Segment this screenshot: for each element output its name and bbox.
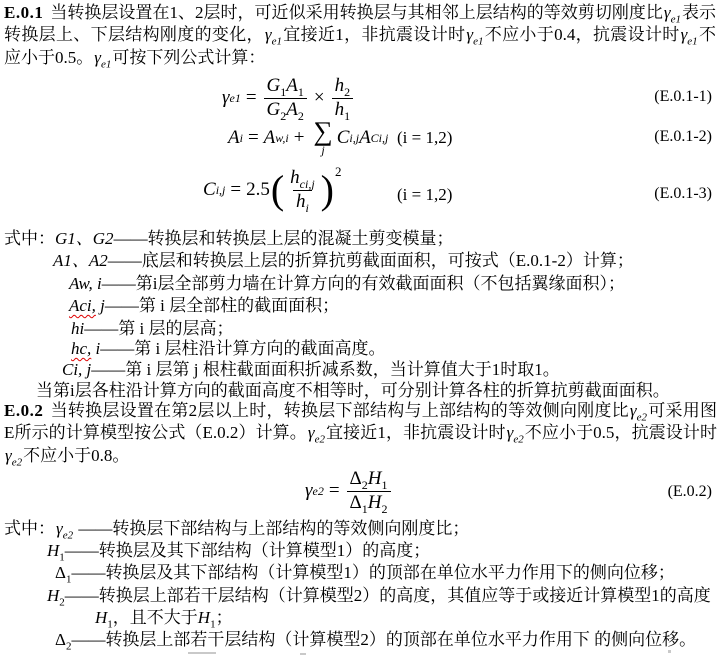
- p1-text-3: 宜接近1，非抗震设计时: [283, 25, 465, 44]
- equals-sign: =: [246, 87, 257, 109]
- var-delta: Δ: [55, 563, 66, 582]
- summation-symbol: ∑j: [313, 120, 332, 156]
- gamma-e2-symbol: γe2: [630, 401, 647, 420]
- sub-2: 2: [344, 84, 350, 98]
- gamma-glyph: γ: [664, 3, 671, 22]
- paragraph-e02: E.0.2当转换层设置在第2层以上时，转换层下部结构与上部结构的等效侧向刚度比γ…: [4, 400, 717, 467]
- var-H: H: [198, 608, 210, 627]
- gamma-subscript: e1: [671, 13, 681, 25]
- clause-label-e02: E.0.2: [4, 401, 43, 420]
- equals-sign: =: [230, 179, 241, 201]
- dash: ——: [114, 229, 148, 248]
- gamma-glyph: γ: [308, 423, 315, 442]
- dash: ——: [84, 319, 118, 338]
- var-H: H: [368, 468, 382, 489]
- var-delta: Δ: [350, 492, 362, 513]
- gamma-e2-symbol: γe2: [507, 423, 524, 442]
- dash: ——: [74, 519, 112, 538]
- clause-label-e01: E.0.1: [4, 3, 43, 22]
- formula-e0-1-3: Ci,j=2.5(hci,jhi)2: [203, 164, 341, 216]
- formula-e0-1-1: γe1=G1A1G2A2×h2h1: [222, 75, 355, 121]
- definition-hi: hi——第 i 层的层高；: [71, 319, 233, 338]
- definition-a1-a2: A1、A2——底层和转换层上层的折算抗剪截面面积，可按式（E.0.1-2）计算；: [53, 251, 634, 270]
- gamma-subscript: e2: [637, 411, 647, 423]
- definition-delta2: Δ2——转换层上部若干层结构（计算模型2）的顶部在单位水平力作用下 的侧向位移。: [55, 630, 696, 649]
- dash: ——: [100, 339, 134, 358]
- definition-text: ，且不大于: [113, 608, 198, 627]
- definition-h2-continuation: H1，且不大于H1；: [95, 608, 233, 627]
- gamma-glyph: γ: [5, 446, 12, 465]
- definition-h1: H1——转换层及其下部结构（计算模型1）的高度；: [47, 541, 430, 560]
- var-C: C: [337, 127, 350, 149]
- gamma-e2-symbol: γe2: [5, 446, 22, 465]
- document-page: E.0.1当转换层设置在1、2层时，可近似采用转换层与其相邻上层结构的等效剪切刚…: [0, 0, 719, 657]
- sigma-glyph: ∑: [313, 120, 332, 143]
- gamma-subscript: e2: [513, 434, 523, 446]
- definition-text: 第 i 层的层高；: [118, 319, 233, 338]
- dash: ——: [102, 274, 136, 293]
- definition-text: 转换层上部若干层结构（计算模型2）的顶部在单位水平力作用下 的侧向位移。: [105, 630, 696, 649]
- dash: ——: [108, 251, 142, 270]
- definition-text: 第 i 层第 j 根柱截面面积折减系数，当计算值大于1时取1。: [125, 360, 559, 379]
- equals-sign: =: [329, 480, 340, 502]
- gamma-e1-symbol: γe1: [94, 48, 111, 67]
- definition-text: 转换层及其下部结构（计算模型1）的高度；: [99, 541, 431, 560]
- sub-cij: ci,j: [300, 176, 315, 190]
- fraction-numerator: Δ2H1: [347, 468, 391, 491]
- dash: ——: [71, 563, 105, 582]
- gamma-subscript: e1: [272, 36, 282, 48]
- fraction-d2h1-d1h2: Δ2H1Δ1H2: [347, 468, 391, 515]
- dash: ——: [65, 586, 99, 605]
- sub-1: 1: [298, 84, 304, 98]
- fraction-h2-h1: h2h1: [332, 75, 354, 122]
- definition-g1-g2: 式中：G1、G2——转换层和转换层上层的混凝土剪变模量；: [4, 229, 454, 248]
- gamma-e1-symbol: γe1: [466, 25, 483, 44]
- var-H: H: [47, 541, 59, 560]
- fraction-hcij-hi: hci,jhi: [287, 167, 318, 214]
- var-head: G1、G2: [55, 229, 114, 248]
- gamma-e2-symbol: γe2: [308, 423, 325, 442]
- formula-e0-1-2: Ai=Aw,i+∑jCi,jACi,j: [228, 116, 388, 160]
- dash: ——: [105, 296, 139, 315]
- sub-2: 2: [382, 501, 388, 515]
- note-unequal-columns: 当第i层各柱沿计算方向的截面高度不相等时，可分别计算各柱的折算抗剪截面面积。: [36, 381, 670, 400]
- definition-gamma-e2: 式中：γe2 ——转换层下部结构与上部结构的等效侧向刚度比；: [4, 519, 469, 538]
- var-h: h: [335, 75, 345, 96]
- var-C: C: [203, 179, 216, 201]
- gamma-e1-symbol: γe1: [265, 25, 282, 44]
- equals-sign: =: [248, 127, 259, 149]
- fraction-denominator: Δ1H2: [347, 491, 391, 515]
- p1-text-4: 不应小于0.4，抗震设计时: [484, 25, 679, 44]
- dash: ——: [65, 541, 99, 560]
- fraction-numerator: h2: [332, 75, 354, 98]
- p2-text-1: 当转换层设置在第2层以上时，转换层下部结构与上部结构的等效侧向刚度比: [50, 401, 629, 420]
- var-H: H: [47, 586, 59, 605]
- p2-text-5: 不应小于0.8。: [23, 446, 129, 465]
- definition-hc-i: hc, i——第 i 层柱沿计算方向的截面高度。: [71, 339, 386, 358]
- var-head: Ci, j: [62, 360, 91, 379]
- sum-index-j: j: [321, 144, 324, 156]
- clipped-text-artifact: [300, 653, 306, 655]
- gamma-subscript: e2: [63, 529, 73, 541]
- condition-i-1-2: (i = 1,2): [397, 128, 452, 147]
- var-head-misspell: hc,: [71, 339, 91, 358]
- var-A: A: [286, 75, 298, 96]
- definition-text: 第i层全部剪力墙在计算方向的有效截面面积（不包括翼缘面积）；: [136, 274, 625, 293]
- var-head: Aw, i: [69, 274, 102, 293]
- var-H: H: [95, 608, 107, 627]
- defs-prefix: 式中：: [4, 519, 55, 538]
- equation-number-e0-1-3: (E.0.1-3): [654, 185, 712, 203]
- var-head: j: [96, 296, 105, 315]
- gamma-e2-symbol: γe2: [56, 519, 73, 538]
- definition-ci-j: Ci, j——第 i 层第 j 根柱截面面积折减系数，当计算值大于1时取1。: [62, 360, 560, 379]
- note-text: 当第i层各柱沿计算方向的截面高度不相等时，可分别计算各柱的折算抗剪截面面积。: [36, 381, 670, 400]
- p2-text-3: 宜接近1，非抗震设计时: [326, 423, 506, 442]
- times-sign: ×: [314, 87, 325, 109]
- definition-text: 第 i 层柱沿计算方向的截面高度。: [134, 339, 385, 358]
- paragraph-e01: E.0.1当转换层设置在1、2层时，可近似采用转换层与其相邻上层结构的等效剪切刚…: [4, 2, 716, 69]
- sub-1: 1: [382, 477, 388, 491]
- gamma-subscript: e2: [315, 434, 325, 446]
- equation-number-e0-1-2: (E.0.1-2): [654, 128, 712, 146]
- gamma-e1-symbol: γe1: [681, 25, 698, 44]
- gamma-subscript: e1: [687, 36, 697, 48]
- definition-aci-j: Aci, j——第 i 层全部柱的截面面积；: [69, 296, 339, 315]
- gamma-glyph: γ: [630, 401, 637, 420]
- var-head: A1、A2: [53, 251, 108, 270]
- var-G: G: [267, 75, 281, 96]
- gamma-subscript: e1: [473, 36, 483, 48]
- p1-text-1: 当转换层设置在1、2层时，可近似采用转换层与其相邻上层结构的等效剪切刚度比: [50, 3, 663, 22]
- fraction-denominator: hi: [293, 190, 312, 214]
- definition-text: 转换层和转换层上层的混凝土剪变模量；: [148, 229, 454, 248]
- gamma-glyph: γ: [56, 519, 63, 538]
- sub-i: i: [305, 200, 308, 214]
- definition-delta1: Δ1——转换层及其下部结构（计算模型1）的顶部在单位水平力作用下的侧向位移；: [55, 563, 675, 582]
- left-paren: (: [271, 173, 284, 207]
- fraction-numerator: hci,j: [287, 167, 318, 190]
- dash: ——: [71, 630, 105, 649]
- var-head: i: [91, 339, 100, 358]
- var-H: H: [368, 492, 382, 513]
- fraction-numerator: G1A1: [264, 75, 307, 98]
- equation-number-e0-2: (E.0.2): [668, 483, 712, 501]
- clipped-text-artifact: [668, 650, 671, 653]
- definition-text: 第 i 层全部柱的截面面积；: [139, 296, 339, 315]
- var-A: A: [264, 127, 276, 149]
- gamma-subscript: e1: [101, 58, 111, 70]
- definition-h2: H2——转换层上部若干层结构（计算模型2）的高度，其值应等于或接近计算模型1的高…: [47, 586, 711, 605]
- var-delta: Δ: [55, 630, 66, 649]
- definition-text: 转换层及其下部结构（计算模型1）的顶部在单位水平力作用下的侧向位移；: [105, 563, 675, 582]
- clipped-text-artifact: [188, 652, 216, 654]
- definition-text: 转换层上部若干层结构（计算模型2）的高度，其值应等于或接近计算模型1的高度: [99, 586, 711, 605]
- gamma-glyph: γ: [94, 48, 101, 67]
- var-h: h: [290, 167, 300, 188]
- p2-text-4: 不应小于0.5，抗震设计时: [525, 423, 717, 442]
- gamma-glyph: γ: [222, 87, 230, 109]
- formula-e0-2: γe2=Δ2H1Δ1H2: [305, 467, 393, 515]
- gamma-e1-symbol: γe1: [664, 3, 681, 22]
- gamma-subscript: e2: [12, 456, 22, 468]
- exponent-2: 2: [335, 164, 342, 180]
- dash: ——: [91, 360, 125, 379]
- p1-text-6: 可按下列公式计算：: [112, 48, 265, 67]
- right-paren: ): [321, 173, 334, 207]
- definition-aw-i: Aw, i——第i层全部剪力墙在计算方向的有效截面面积（不包括翼缘面积）；: [69, 274, 625, 293]
- definition-text: 底层和转换层上层的折算抗剪截面面积，可按式（E.0.1-2）计算；: [142, 251, 634, 270]
- var-delta: Δ: [350, 468, 362, 489]
- var-head: hi: [71, 319, 84, 338]
- var-A: A: [359, 127, 371, 149]
- plus-sign: +: [294, 127, 305, 149]
- defs-prefix: 式中：: [4, 229, 55, 248]
- definition-text: 转换层下部结构与上部结构的等效侧向刚度比；: [112, 519, 469, 538]
- var-A: A: [228, 127, 240, 149]
- coefficient: 2.5: [246, 179, 270, 201]
- gamma-glyph: γ: [305, 480, 313, 502]
- gamma-glyph: γ: [265, 25, 272, 44]
- condition-i-1-2: (i = 1,2): [397, 185, 452, 204]
- fraction-g1a1-g2a2: G1A1G2A2: [264, 75, 307, 122]
- var-head-misspell: Aci,: [69, 296, 96, 315]
- definition-text: ；: [216, 608, 233, 627]
- equation-number-e0-1-1: (E.0.1-1): [654, 88, 712, 106]
